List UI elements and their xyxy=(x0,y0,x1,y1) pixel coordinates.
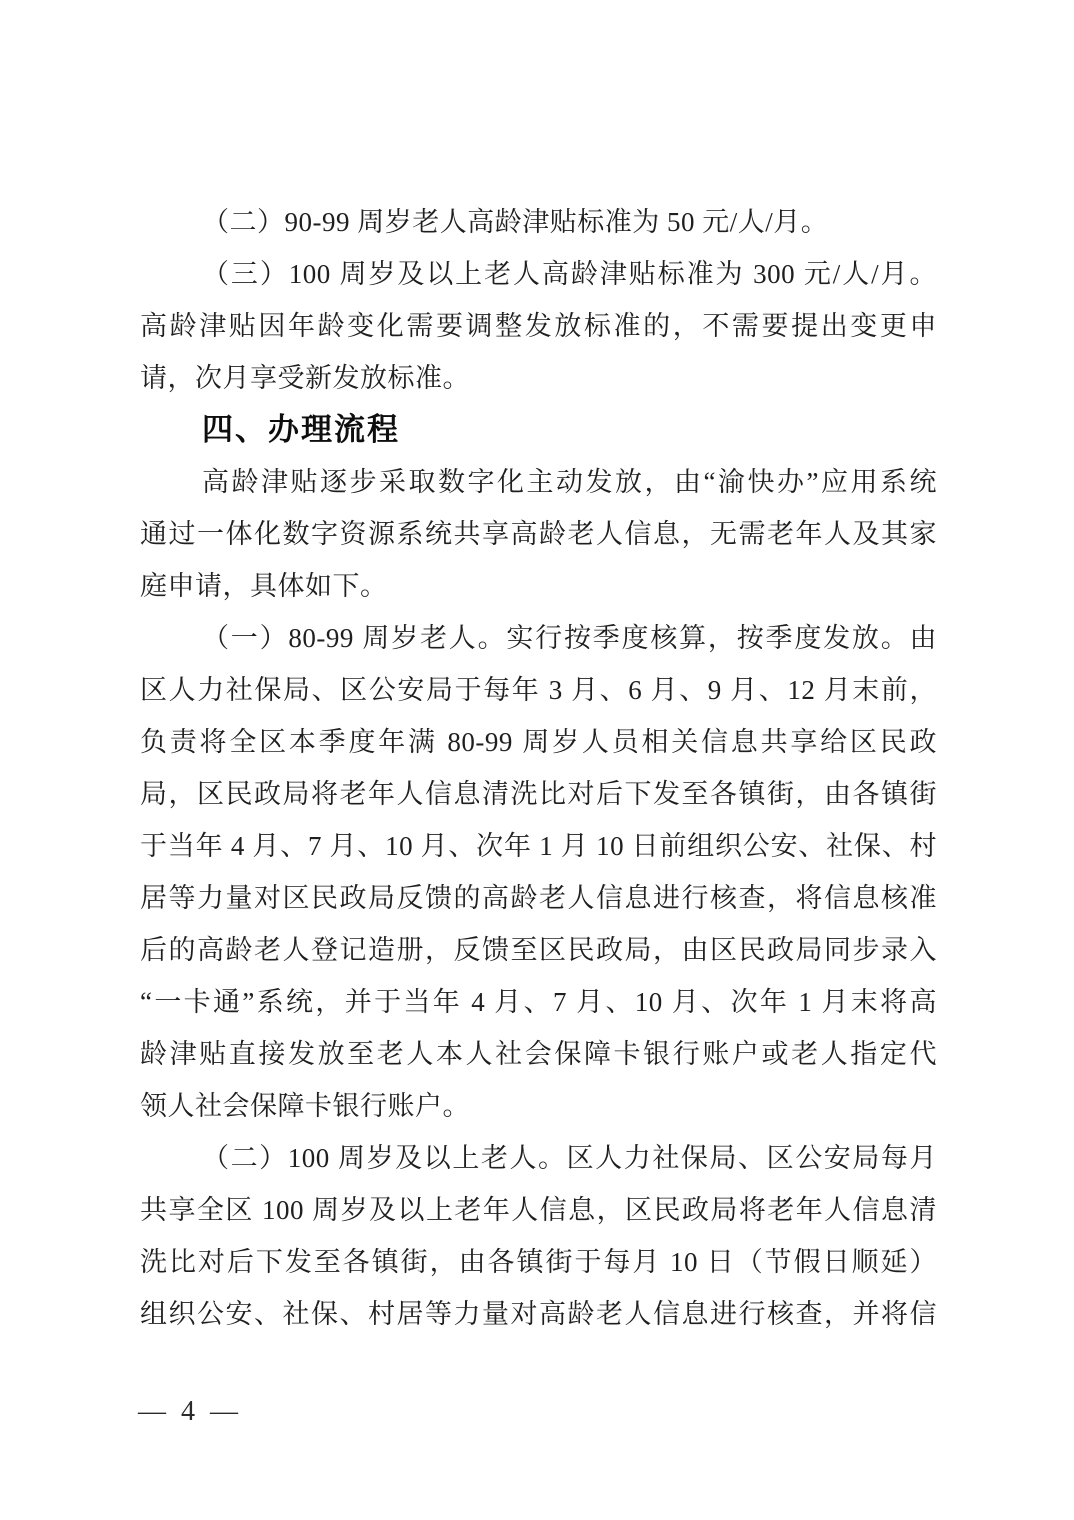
text-line: （二）100 周岁及以上老人。区人力社保局、区公安局每月 xyxy=(140,1132,937,1184)
text-line: 后的高龄老人登记造册，反馈至区民政局，由区民政局同步录入 xyxy=(140,924,937,976)
document-body: （二）90-99 周岁老人高龄津贴标准为 50 元/人/月。 （三）100 周岁… xyxy=(140,196,937,1340)
text-line: 区人力社保局、区公安局于每年 3 月、6 月、9 月、12 月末前， xyxy=(140,664,937,716)
text-line: （一）80-99 周岁老人。实行按季度核算，按季度发放。由 xyxy=(140,612,937,664)
text-line: 负责将全区本季度年满 80-99 周岁人员相关信息共享给区民政 xyxy=(140,716,937,768)
text-line: 领人社会保障卡银行账户。 xyxy=(140,1080,937,1132)
text-line: 高龄津贴逐步采取数字化主动发放，由“渝快办”应用系统 xyxy=(140,456,937,508)
text-line: “一卡通”系统，并于当年 4 月、7 月、10 月、次年 1 月末将高 xyxy=(140,976,937,1028)
page-footer: — 4 — xyxy=(138,1390,242,1434)
text-line: 居等力量对区民政局反馈的高龄老人信息进行核查，将信息核准 xyxy=(140,872,937,924)
page-number: — 4 — xyxy=(138,1396,242,1427)
text-line: 洗比对后下发至各镇街，由各镇街于每月 10 日（节假日顺延） xyxy=(140,1236,937,1288)
text-line: 高龄津贴因年龄变化需要调整发放标准的，不需要提出变更申 xyxy=(140,300,937,352)
text-line: 庭申请，具体如下。 xyxy=(140,560,937,612)
text-line: 通过一体化数字资源系统共享高龄老人信息，无需老年人及其家 xyxy=(140,508,937,560)
section-heading: 四、办理流程 xyxy=(140,404,937,456)
text-line: 组织公安、社保、村居等力量对高龄老人信息进行核查，并将信 xyxy=(140,1288,937,1340)
text-line: （二）90-99 周岁老人高龄津贴标准为 50 元/人/月。 xyxy=(140,196,937,248)
text-line: 局，区民政局将老年人信息清洗比对后下发至各镇街，由各镇街 xyxy=(140,768,937,820)
text-line: 请，次月享受新发放标准。 xyxy=(140,352,937,404)
text-line: 共享全区 100 周岁及以上老年人信息，区民政局将老年人信息清 xyxy=(140,1184,937,1236)
text-line: 于当年 4 月、7 月、10 月、次年 1 月 10 日前组织公安、社保、村 xyxy=(140,820,937,872)
text-line: 龄津贴直接发放至老人本人社会保障卡银行账户或老人指定代 xyxy=(140,1028,937,1080)
document-page: （二）90-99 周岁老人高龄津贴标准为 50 元/人/月。 （三）100 周岁… xyxy=(0,0,1074,1520)
text-line: （三）100 周岁及以上老人高龄津贴标准为 300 元/人/月。 xyxy=(140,248,937,300)
